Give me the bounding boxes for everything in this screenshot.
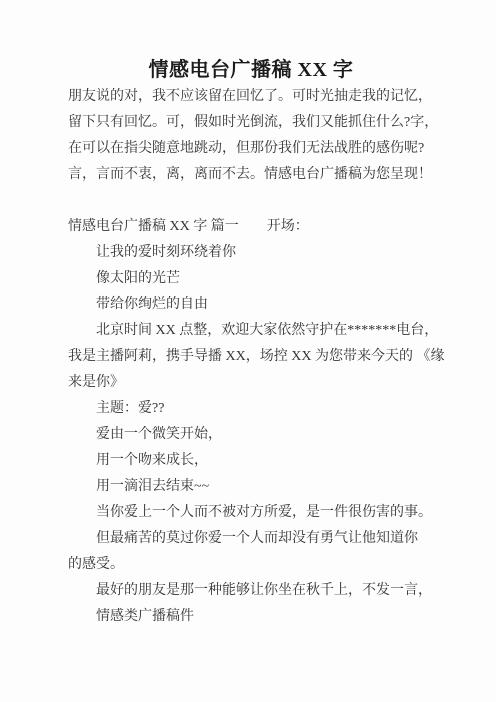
section-heading-line: 情感电台广播稿 XX 字 篇一 开场： (68, 214, 434, 240)
text-line: 的感受。 (68, 552, 434, 578)
blank-line (68, 188, 434, 214)
text-line: 主题：爱?? (68, 396, 434, 422)
text-line: 当你爱上一个人而不被对方所爱，是一件很伤害的事。 (68, 500, 434, 526)
page-title: 情感电台广播稿 XX 字 (68, 56, 434, 84)
text-line: 让我的爱时刻环绕着你 (68, 240, 434, 266)
text-line: 爱由一个微笑开始， (68, 422, 434, 448)
text-line: 北京时间 XX 点整，欢迎大家依然守护在*******电台， (68, 318, 434, 344)
text-line: 最好的朋友是那一种能够让你坐在秋千上，不发一言， (68, 578, 434, 604)
text-line: 用一个吻来成长， (68, 448, 434, 474)
text-line: 来是你》 (68, 370, 434, 396)
text-line: 朋友说的对，我不应该留在回忆了。可时光抽走我的记忆， (68, 84, 434, 110)
text-line: 但最痛苦的莫过你爱一个人而却没有勇气让他知道你 (68, 526, 434, 552)
text-line: 带给你绚烂的自由 (68, 292, 434, 318)
text-line: 在可以在指尖随意地跳动，但那份我们无法战胜的感伤呢? (68, 136, 434, 162)
text-line: 用一滴泪去结束~~ (68, 474, 434, 500)
document-body: 朋友说的对，我不应该留在回忆了。可时光抽走我的记忆， 留下只有回忆。可，假如时光… (68, 84, 434, 630)
text-line: 言，言而不衷，离，离而不去。情感电台广播稿为您呈现！ (68, 162, 434, 188)
text-line: 我是主播阿莉，携手导播 XX，场控 XX 为您带来今天的 《缘 (68, 344, 434, 370)
text-line: 留下只有回忆。可，假如时光倒流，我们又能抓住什么?字， (68, 110, 434, 136)
text-line: 像太阳的光芒 (68, 266, 434, 292)
document-page: 情感电台广播稿 XX 字 朋友说的对，我不应该留在回忆了。可时光抽走我的记忆， … (0, 0, 496, 702)
text-line: 情感类广播稿件 (68, 604, 434, 630)
